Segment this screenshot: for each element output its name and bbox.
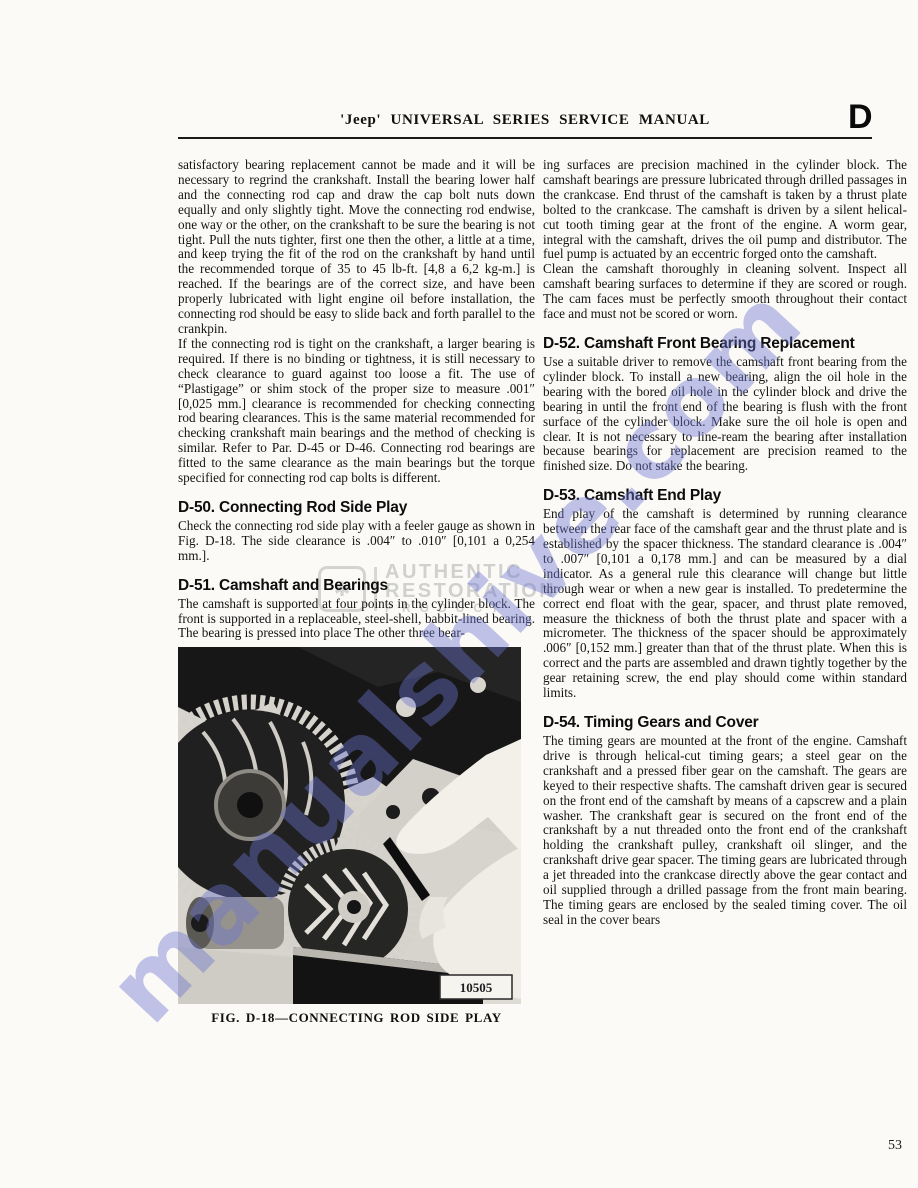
section-heading-d54: D-54. Timing Gears and Cover xyxy=(543,714,907,731)
left-column: satisfactory bearing replacement cannot … xyxy=(178,158,535,1026)
section-body-d54: The timing gears are mounted at the fron… xyxy=(543,734,907,928)
right-column: ing surfaces are precision machined in t… xyxy=(543,158,907,928)
figure-d18-photo: 10505 xyxy=(178,647,521,1004)
body-paragraph: If the connecting rod is tight on the cr… xyxy=(178,337,535,486)
section-body-d53: End play of the camshaft is determined b… xyxy=(543,507,907,701)
body-paragraph: Clean the camshaft thoroughly in cleanin… xyxy=(543,262,907,322)
body-paragraph: satisfactory bearing replacement cannot … xyxy=(178,158,535,337)
manual-page: 'Jeep' UNIVERSAL SERIES SERVICE MANUAL D… xyxy=(0,0,918,1188)
section-body-d51: The camshaft is supported at four points… xyxy=(178,597,535,642)
section-heading-d50: D-50. Connecting Rod Side Play xyxy=(178,499,535,516)
body-paragraph: ing surfaces are precision machined in t… xyxy=(543,158,907,262)
figure-d18: 10505 FIG. D-18—CONNECTING ROD SIDE PLAY xyxy=(178,647,535,1026)
page-number: 53 xyxy=(862,1138,902,1154)
photo-id-label: 10505 xyxy=(460,980,493,995)
figure-caption: FIG. D-18—CONNECTING ROD SIDE PLAY xyxy=(178,1011,535,1026)
section-heading-d52: D-52. Camshaft Front Bearing Replacement xyxy=(543,335,907,352)
header-rule xyxy=(178,137,872,139)
section-heading-d51: D-51. Camshaft and Bearings xyxy=(178,577,535,594)
section-body-d52: Use a suitable driver to remove the cams… xyxy=(543,355,907,474)
section-body-d50: Check the connecting rod side play with … xyxy=(178,519,535,564)
section-letter: D xyxy=(848,98,873,137)
section-heading-d53: D-53. Camshaft End Play xyxy=(543,487,907,504)
running-head-title: 'Jeep' UNIVERSAL SERIES SERVICE MANUAL xyxy=(178,112,872,129)
